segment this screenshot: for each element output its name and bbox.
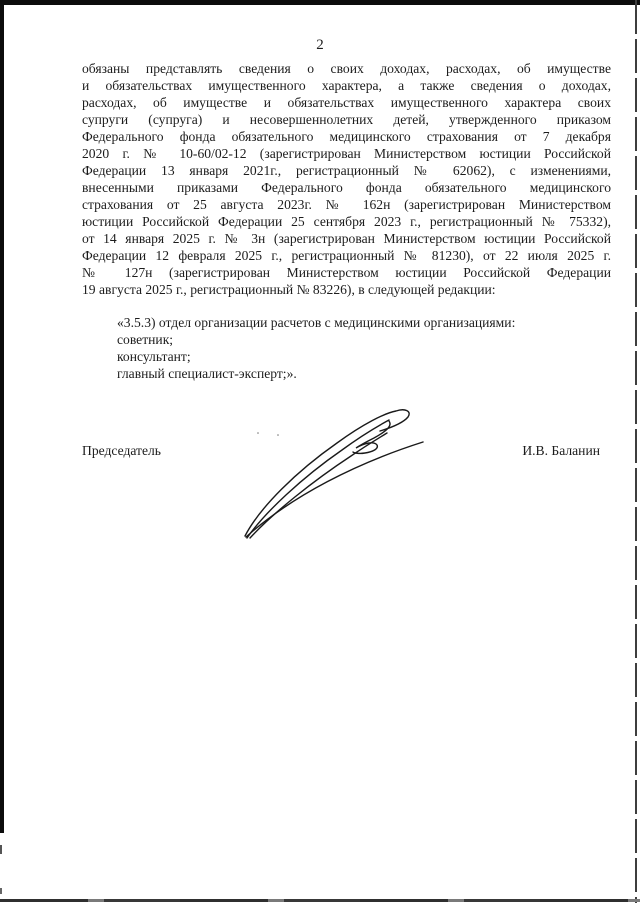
- scan-speck: [0, 845, 2, 854]
- paragraph-line: страхования от 25 августа 2023г. № 162н …: [82, 196, 611, 213]
- scan-edge-left: [0, 0, 4, 833]
- paragraph-line: обязаны представлять сведения о своих до…: [82, 60, 611, 77]
- amendment-line: советник;: [117, 331, 611, 348]
- paragraph-line: 19 августа 2025 г., регистрационный № 83…: [82, 281, 611, 298]
- paragraph-line: 2020 г. № 10-60/02-12 (зарегистрирован М…: [82, 145, 611, 162]
- paragraph-line: внесенными приказами Федерального фонда …: [82, 179, 611, 196]
- paragraph-line: юстиции Российской Федерации 25 сентября…: [82, 213, 611, 230]
- paragraph-line: супруги (супруга) и несовершеннолетних д…: [82, 111, 611, 128]
- paragraph-line: от 14 января 2025 г. № 3н (зарегистриров…: [82, 230, 611, 247]
- scan-speck: [0, 888, 2, 894]
- scan-edge-right: [635, 0, 637, 903]
- amendment-block: «3.5.3) отдел организации расчетов с мед…: [117, 314, 611, 382]
- paragraph-line: и обязательствах имущественного характер…: [82, 77, 611, 94]
- signature-autograph-icon: [215, 395, 435, 540]
- scan-edge-bottom: [0, 899, 640, 902]
- scan-edge-top: [0, 0, 640, 5]
- scanned-document-page: { "document": { "page_number": "2", "par…: [0, 0, 640, 905]
- amendment-line: консультант;: [117, 348, 611, 365]
- amendment-line: главный специалист-эксперт;».: [117, 365, 611, 382]
- paragraph-line: Федерального фонда обязательного медицин…: [82, 128, 611, 145]
- paragraph-line: № 127н (зарегистрирован Министерством юс…: [82, 264, 611, 281]
- paragraph-line: Федерации 13 января 2021г., регистрацион…: [82, 162, 611, 179]
- paragraph-line: расходах, об имуществе и обязательствах …: [82, 94, 611, 111]
- page-number: 2: [0, 37, 640, 54]
- main-paragraph: обязаны представлять сведения о своих до…: [82, 60, 611, 298]
- paragraph-line: Федерации 12 февраля 2025 г., регистраци…: [82, 247, 611, 264]
- amendment-line: «3.5.3) отдел организации расчетов с мед…: [117, 314, 611, 331]
